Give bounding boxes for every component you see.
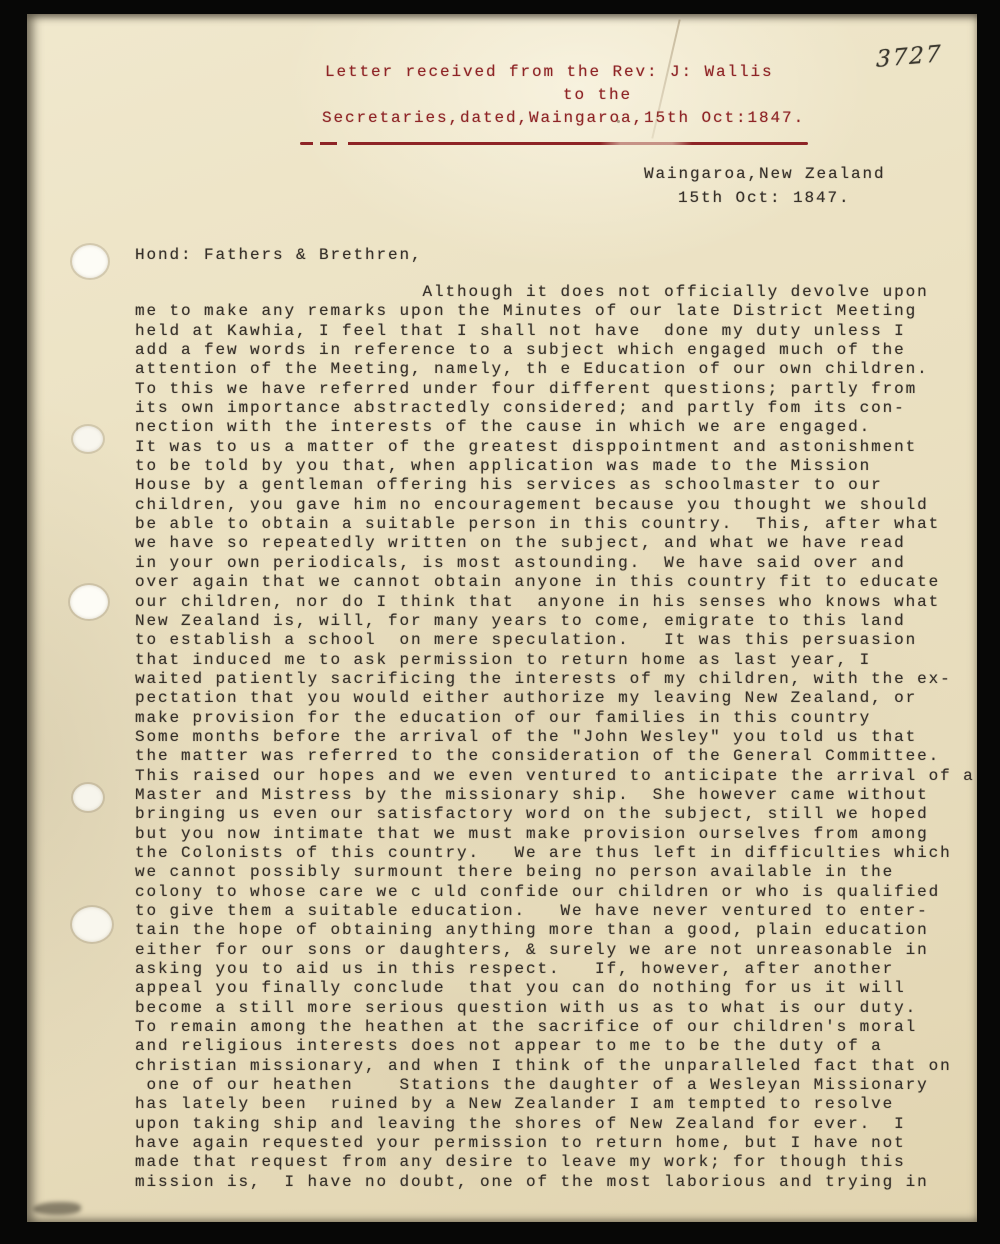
header-title-line1: Letter received from the Rev: J: Wallis [325,63,774,81]
letter-body-line: to be told by you that, when application… [135,457,975,476]
letter-body-line: New Zealand is, will, for many years to … [135,612,975,631]
header-title-line2: to the [563,86,632,104]
letter-body-line: over again that we cannot obtain anyone … [135,573,975,592]
letter-body-line: we cannot possibly surmount there being … [135,863,975,882]
letter-body-line: our children, nor do I think that anyone… [135,593,975,612]
handwritten-archive-number: 3727 [876,41,943,73]
dateline-date: 15th Oct: 1847. [678,189,851,207]
letter-body-line: upon taking ship and leaving the shores … [135,1115,975,1134]
letter-body-line: to establish a school on mere speculatio… [135,631,975,650]
letter-body-line: christian missionary, and when I think o… [135,1057,975,1076]
letter-body-line: bringing us even our satisfactory word o… [135,805,975,824]
header-title-line3: Secretaries,dated,Waingaroa,15th Oct:184… [322,109,805,127]
letter-body-line: To this we have referred under four diff… [135,380,975,399]
paper-smudge [33,1202,81,1215]
punch-hole [73,784,103,811]
letter-body-line: the matter was referred to the considera… [135,747,975,766]
letter-body-line: add a few words in reference to a subjec… [135,341,975,360]
letter-body-line: either for our sons or daughters, & sure… [135,941,975,960]
letter-body-line: but you now intimate that we must make p… [135,825,975,844]
letter-body-line: pectation that you would either authoriz… [135,689,975,708]
punch-hole [70,585,108,619]
letter-body-line: Some months before the arrival of the "J… [135,728,975,747]
letter-body-line: appeal you finally conclude that you can… [135,979,975,998]
letter-body-line: has lately been ruined by a New Zealande… [135,1095,975,1114]
letter-body-line: children, you gave him no encouragement … [135,496,975,515]
letter-body-line: have again requested your permission to … [135,1134,975,1153]
punch-hole [73,426,103,452]
letter-body-line: become a still more serious question wit… [135,999,975,1018]
header-underline-rule [300,142,808,145]
letter-body-line: It was to us a matter of the greatest di… [135,438,975,457]
letter-body-line: one of our heathen Stations the daughter… [135,1076,975,1095]
letter-body-line: and religious interests does not appear … [135,1037,975,1056]
letter-body-line: This raised our hopes and we even ventur… [135,767,975,786]
letter-body-line: To remain among the heathen at the sacri… [135,1018,975,1037]
letter-body-line: waited patiently sacrificing the interes… [135,670,975,689]
letter-body-line: House by a gentleman offering his servic… [135,476,975,495]
letter-body-line: attention of the Meeting, namely, th e E… [135,360,975,379]
letter-body-line: we have so repeatedly written on the sub… [135,534,975,553]
paper-speck [617,120,620,123]
letter-body-line: made that request from any desire to lea… [135,1153,975,1172]
letter-body-line: be able to obtain a suitable person in t… [135,515,975,534]
letter-body-line: mission is, I have no doubt, one of the … [135,1173,975,1192]
letter-body-line: that induced me to ask permission to ret… [135,651,975,670]
dateline-place: Waingaroa,New Zealand [644,165,886,183]
letter-body-line: nection with the interests of the cause … [135,418,975,437]
paper-speck [707,506,709,508]
salutation: Hond: Fathers & Brethren, [135,246,423,264]
paper-speck [447,293,450,295]
letter-body-line: the Colonists of this country. We are th… [135,844,975,863]
letter-body-line: colony to whose care we c uld confide ou… [135,883,975,902]
letter-body-line: held at Kawhia, I feel that I shall not … [135,322,975,341]
letter-body-line: asking you to aid us in this respect. If… [135,960,975,979]
letter-body-line: Although it does not officially devolve … [135,283,975,302]
letter-body-line: me to make any remarks upon the Minutes … [135,302,975,321]
letter-body-line: tain the hope of obtaining anything more… [135,921,975,940]
letter-body-line: its own importance abstractedly consider… [135,399,975,418]
punch-hole [72,907,112,942]
letter-body-line: to give them a suitable education. We ha… [135,902,975,921]
letter-body-line: Master and Mistress by the missionary sh… [135,786,975,805]
letter-body: Although it does not officially devolve … [135,283,975,1192]
letter-body-line: in your own periodicals, is most astound… [135,554,975,573]
punch-hole [72,245,108,278]
letter-page: 3727 Letter received from the Rev: J: Wa… [27,14,977,1222]
letter-body-line: make provision for the education of our … [135,709,975,728]
scan-background: { "document": { "archive_number": "3727"… [0,0,1000,1244]
